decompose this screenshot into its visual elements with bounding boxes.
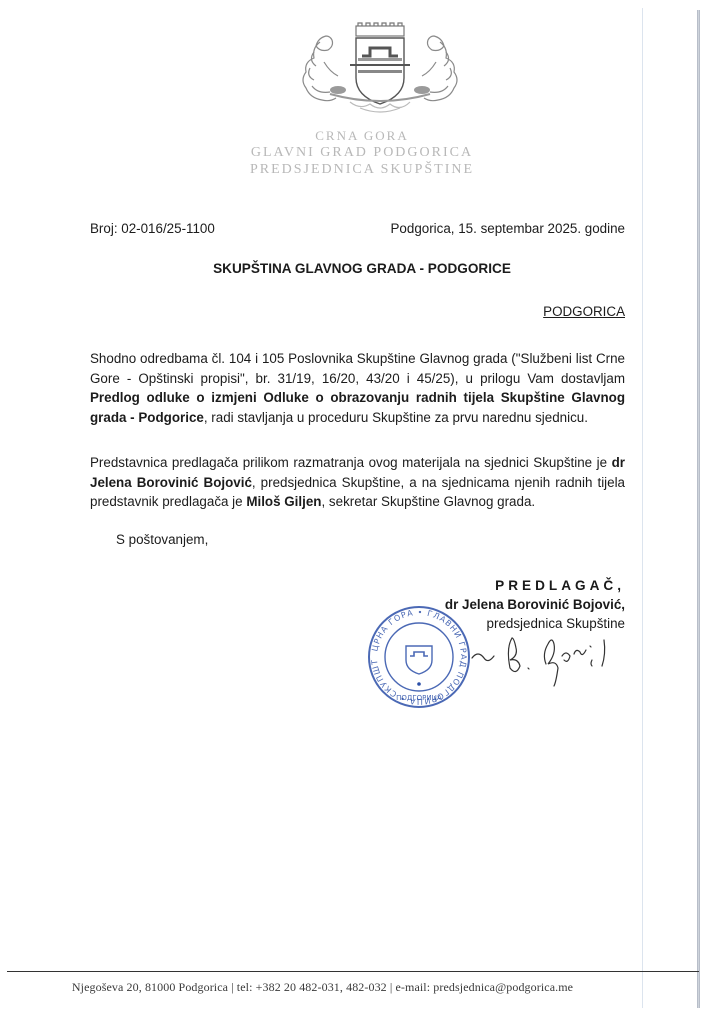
official-stamp-icon: ЦРНА ГОРА • ГЛАВНИ ГРАД ПОДГОРИЦА • СКУП… xyxy=(366,604,472,710)
p2-secretary-name: Miloš Giljen xyxy=(246,494,321,509)
recipient-city: PODGORICA xyxy=(543,302,625,322)
recipient-name: SKUPŠTINA GLAVNOG GRADA - PODGORICE xyxy=(0,259,724,279)
reference-number: Broj: 02-016/25-1100 xyxy=(90,219,215,239)
letterhead: CRNA GORA GLAVNI GRAD PODGORICA PREDSJED… xyxy=(200,127,524,178)
coat-of-arms-icon xyxy=(290,22,470,118)
closing-greeting: S poštovanjem, xyxy=(116,530,208,550)
page-border-right xyxy=(697,10,700,1008)
signatory-title: PREDLAGAČ, xyxy=(445,576,625,595)
p1-text-a: Shodno odredbama čl. 104 i 105 Poslovnik… xyxy=(90,351,625,386)
document-page: CRNA GORA GLAVNI GRAD PODGORICA PREDSJED… xyxy=(0,0,724,1024)
footer-contact: Njegoševa 20, 81000 Podgorica | tel: +38… xyxy=(0,980,645,995)
body-paragraph-1: Shodno odredbama čl. 104 i 105 Poslovnik… xyxy=(90,349,625,427)
letterhead-city: GLAVNI GRAD PODGORICA xyxy=(200,144,524,161)
p2-text-a: Predstavnica predlagača prilikom razmatr… xyxy=(90,455,612,470)
footer-divider xyxy=(7,971,699,972)
p2-text-c: , sekretar Skupštine Glavnog grada. xyxy=(321,494,535,509)
letterhead-office: PREDSJEDNICA SKUPŠTINE xyxy=(200,161,524,178)
document-date: Podgorica, 15. septembar 2025. godine xyxy=(391,219,626,239)
svg-text:ПОДГОРИЦА: ПОДГОРИЦА xyxy=(396,694,442,702)
page-edge-line xyxy=(642,8,643,1008)
letterhead-country: CRNA GORA xyxy=(200,127,524,144)
handwritten-signature-icon xyxy=(470,628,640,688)
body-paragraph-2: Predstavnica predlagača prilikom razmatr… xyxy=(90,453,625,512)
p1-text-b: , radi stavljanja u proceduru Skupštine … xyxy=(204,410,588,425)
